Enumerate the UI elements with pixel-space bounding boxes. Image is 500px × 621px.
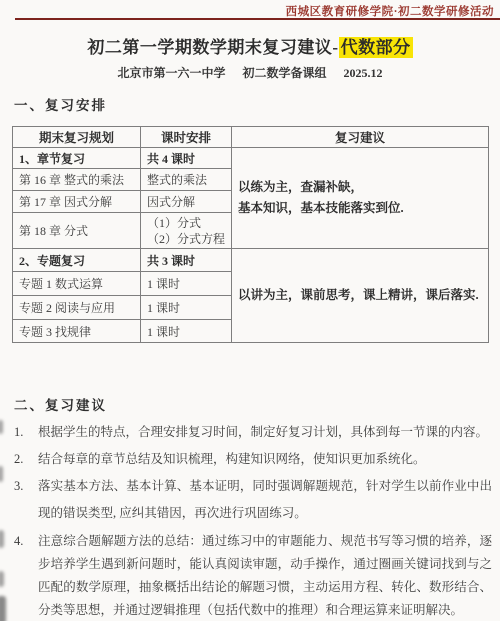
list-item-number: 1. xyxy=(14,419,38,446)
document-page: 西城区教育研修学院·初二数学研修活动 初二第一学期数学期末复习建议-代数部分 北… xyxy=(0,0,500,621)
cell-advice-topic: 以讲为主，课前思考，课上精讲，课后落实. xyxy=(232,249,489,343)
cell-plan: 2、专题复习 xyxy=(13,249,141,272)
cell-plan: 第 18 章 分式 xyxy=(13,213,141,249)
col-header-advice: 复习建议 xyxy=(232,127,489,148)
cell-plan: 专题 3 找规律 xyxy=(13,320,141,343)
header-divider xyxy=(15,18,500,20)
cell-plan: 专题 1 数式运算 xyxy=(13,272,141,296)
document-subtitle: 北京市第一六一中学 初二数学备课组 2025.12 xyxy=(0,64,500,81)
list-item: 4. 注意综合题解题方法的总结：通过练习中的审题能力、规范书写等习惯的培养，逐步… xyxy=(14,530,492,621)
col-header-plan: 期末复习规划 xyxy=(13,127,141,148)
cell-plan: 专题 2 阅读与应用 xyxy=(13,296,141,320)
hours-line1: （1）分式 xyxy=(147,215,231,231)
table-row: 2、专题复习 共 3 课时 以讲为主，课前思考，课上精讲，课后落实. xyxy=(13,249,489,272)
list-item-text: 注意综合题解题方法的总结：通过练习中的审题能力、规范书写等习惯的培养，逐步培养学… xyxy=(38,530,492,621)
list-item: 2. 结合每章的章节总结及知识梳理，构建知识网络，使知识更加系统化。 xyxy=(14,446,492,473)
table-header-row: 期末复习规划 课时安排 复习建议 xyxy=(13,127,489,148)
page-edge-artifact xyxy=(0,420,3,434)
cell-hours: 因式分解 xyxy=(141,191,232,213)
section-heading-review-advice: 二、复习建议 xyxy=(14,394,107,414)
subtitle-school: 北京市第一六一中学 xyxy=(117,66,225,80)
cell-plan: 第 16 章 整式的乘法 xyxy=(13,169,141,191)
cell-hours: 1 课时 xyxy=(141,272,232,296)
page-title: 初二第一学期数学期末复习建议-代数部分 xyxy=(0,33,500,58)
cell-hours: 1 课时 xyxy=(141,320,232,343)
cell-plan: 1、章节复习 xyxy=(13,148,141,169)
list-item: 3. 落实基本方法、基本计算、基本证明，同时强调解题规范，针对学生以前作业中出现… xyxy=(14,473,492,527)
cell-hours: 共 4 课时 xyxy=(141,148,232,169)
list-item-number: 3. xyxy=(14,473,38,500)
cell-hours: 1 课时 xyxy=(141,296,232,320)
list-item-text: 根据学生的特点，合理安排复习时间，制定好复习计划，具体到每一节课的内容。 xyxy=(38,419,492,446)
col-header-hours: 课时安排 xyxy=(141,127,232,148)
page-edge-artifact xyxy=(0,571,4,587)
list-item-text: 结合每章的章节总结及知识梳理，构建知识网络，使知识更加系统化。 xyxy=(38,446,492,473)
subtitle-date: 2025.12 xyxy=(344,66,383,80)
page-edge-artifact xyxy=(0,466,3,482)
cell-advice-chapter: 以练为主，查漏补缺， 基本知识，基本技能落实到位. xyxy=(232,148,489,249)
cell-plan: 第 17 章 因式分解 xyxy=(13,191,141,213)
list-item: 1. 根据学生的特点，合理安排复习时间，制定好复习计划，具体到每一节课的内容。 xyxy=(14,419,492,446)
list-item-text: 落实基本方法、基本计算、基本证明，同时强调解题规范，针对学生以前作业中出现的错误… xyxy=(38,473,492,527)
page-edge-artifact xyxy=(0,530,4,548)
review-plan-table: 期末复习规划 课时安排 复习建议 1、章节复习 共 4 课时 以练为主，查漏补缺… xyxy=(12,126,489,343)
subtitle-group: 初二数学备课组 xyxy=(243,66,327,80)
section-heading-review-plan: 一、复习安排 xyxy=(14,94,107,114)
cell-hours: （1）分式 （2）分式方程 xyxy=(141,213,232,249)
advice-chapter-line2: 基本知识，基本技能落实到位. xyxy=(238,198,488,219)
cell-hours: 共 3 课时 xyxy=(141,249,232,272)
page-edge-artifact xyxy=(0,596,6,621)
cell-hours: 整式的乘法 xyxy=(141,169,232,191)
hours-line2: （2）分式方程 xyxy=(147,231,231,247)
advice-list: 1. 根据学生的特点，合理安排复习时间，制定好复习计划，具体到每一节课的内容。 … xyxy=(14,419,492,621)
list-item-number: 4. xyxy=(14,530,38,553)
list-item-number: 2. xyxy=(14,446,38,473)
header-text: 西城区教育研修学院·初二数学研修活动 xyxy=(286,3,494,19)
table-row: 1、章节复习 共 4 课时 以练为主，查漏补缺， 基本知识，基本技能落实到位. xyxy=(13,148,489,169)
page-title-main: 初二第一学期数学期末复习建议- xyxy=(87,38,338,57)
advice-chapter-line1: 以练为主，查漏补缺， xyxy=(238,177,488,198)
page-title-highlight: 代数部分 xyxy=(339,37,413,58)
